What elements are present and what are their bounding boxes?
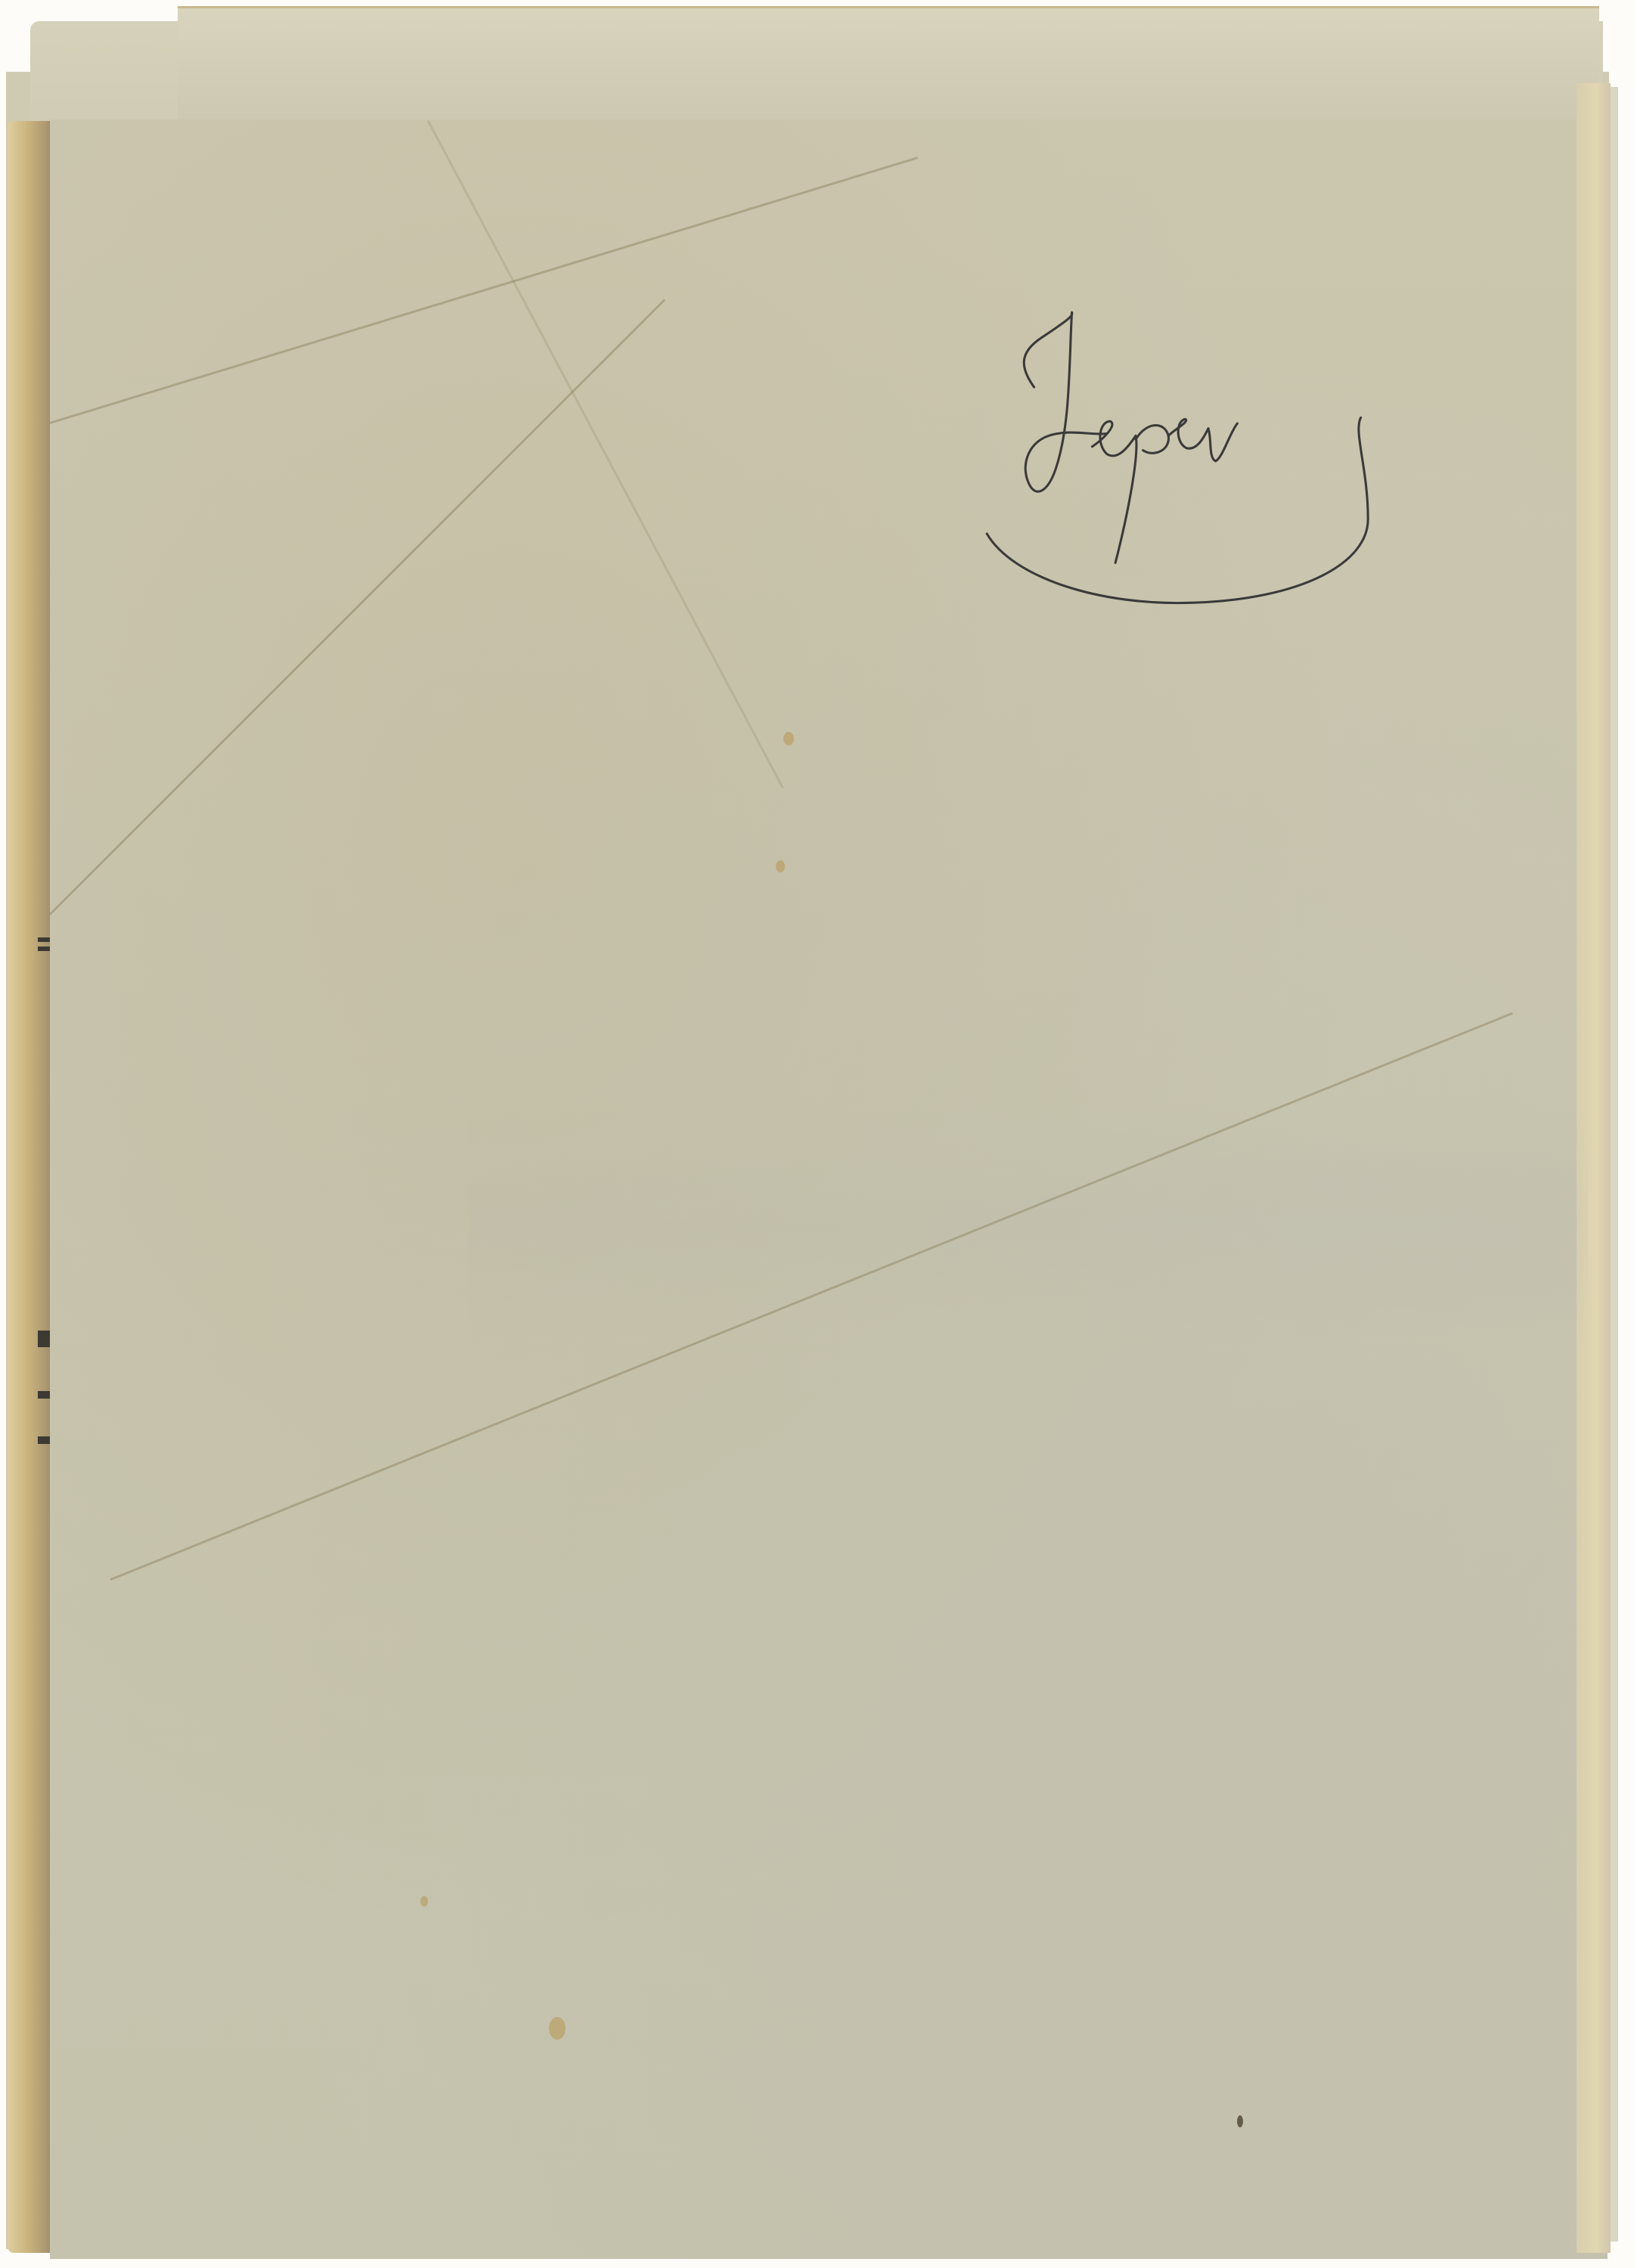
handwritten-annotation: Ieper	[975, 280, 1550, 643]
stain	[1237, 2115, 1243, 2127]
stain	[776, 860, 785, 872]
stain	[549, 2017, 566, 2040]
scan-background: Ieper	[0, 0, 1634, 2268]
back-sheet	[178, 6, 1599, 129]
handwriting-ieper-icon	[975, 280, 1550, 643]
stain	[783, 732, 794, 745]
bleed-through-text	[469, 1104, 1588, 1346]
fold-crease	[50, 156, 918, 424]
stain	[420, 1896, 428, 1907]
fold-crease	[427, 120, 784, 789]
left-spine-edge	[8, 121, 54, 2253]
